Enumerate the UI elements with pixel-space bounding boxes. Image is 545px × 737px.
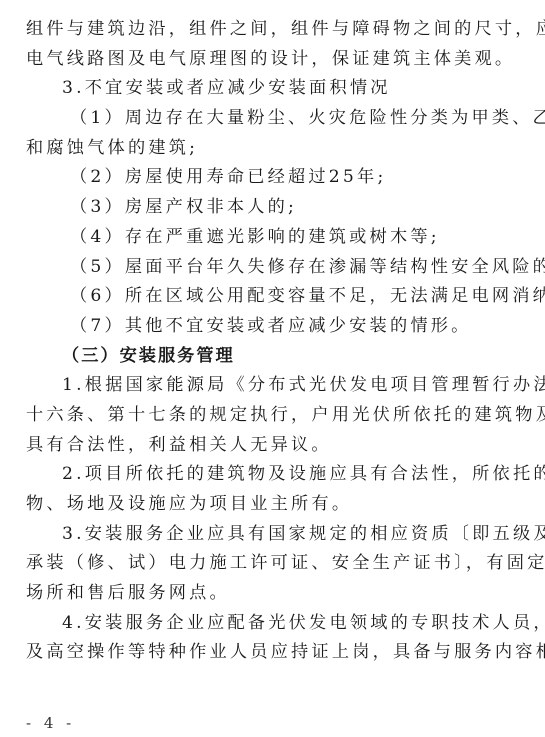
paragraph-start: 1.根据国家能源局《分布式光伏发电项目管理暂行办法》第 xyxy=(26,371,522,401)
body-text-line: 电气线路图及电气原理图的设计，保证建筑主体美观。 xyxy=(26,45,522,75)
section-heading: （三）安装服务管理 xyxy=(26,342,522,372)
list-item-continuation: 和腐蚀气体的建筑; xyxy=(26,134,522,164)
list-item: （5）屋面平台年久失修存在渗漏等结构性安全风险的; xyxy=(26,253,522,283)
body-text-line: 十六条、第十七条的规定执行，户用光伏所依托的建筑物及设施应 xyxy=(26,401,522,431)
list-item: （4）存在严重遮光影响的建筑或树木等; xyxy=(26,223,522,253)
list-item: （7）其他不宜安装或者应减少安装的情形。 xyxy=(26,312,522,342)
document-page: 组件与建筑边沿，组件之间，组件与障碍物之间的尺寸，应进行 电气线路图及电气原理图… xyxy=(26,15,522,668)
body-text-line: 及高空操作等特种作业人员应持证上岗，具备与服务内容相匹 xyxy=(26,638,522,668)
list-item: （3）房屋产权非本人的; xyxy=(26,193,522,223)
paragraph-start: 2.项目所依托的建筑物及设施应具有合法性，所依托的建筑 xyxy=(26,460,522,490)
page-number: - 4 - xyxy=(26,714,75,732)
list-item: （6）所在区域公用配变容量不足，无法满足电网消纳的; xyxy=(26,282,522,312)
body-text-line: 承装（修、试）电力施工许可证、安全生产证书〕，有固定办公 xyxy=(26,549,522,579)
paragraph-start: 3.安装服务企业应具有国家规定的相应资质〔即五级及以上 xyxy=(26,520,522,550)
list-item: （1）周边存在大量粉尘、火灾危险性分类为甲类、乙类 xyxy=(26,104,522,134)
body-text-line: 具有合法性，利益相关人无异议。 xyxy=(26,431,522,461)
body-text-line: 场所和售后服务网点。 xyxy=(26,579,522,609)
body-text-line: 物、场地及设施应为项目业主所有。 xyxy=(26,490,522,520)
list-item: （2）房屋使用寿命已经超过25年; xyxy=(26,163,522,193)
paragraph-start: 4.安装服务企业应配备光伏发电领域的专职技术人员，电焊 xyxy=(26,609,522,639)
body-text-line: 组件与建筑边沿，组件之间，组件与障碍物之间的尺寸，应进行 xyxy=(26,15,522,45)
subsection-title: 3.不宜安装或者应减少安装面积情况 xyxy=(26,74,522,104)
